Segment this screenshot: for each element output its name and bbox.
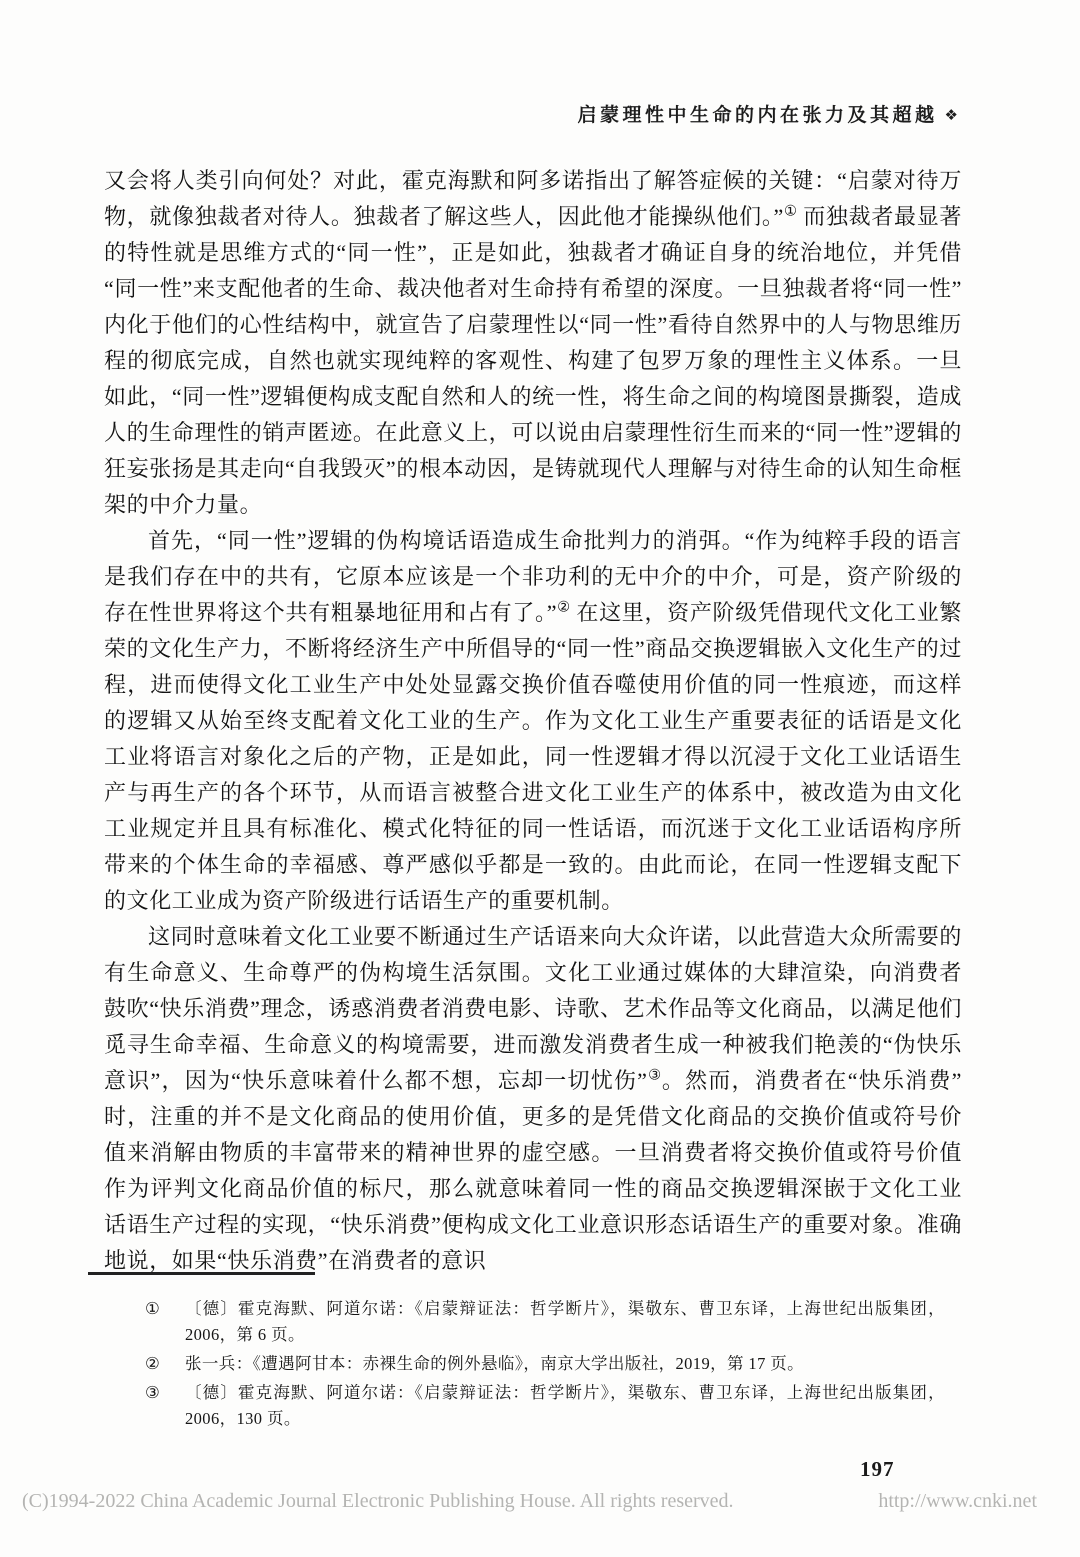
header-ornament-icon: ❖: [945, 107, 958, 124]
footnotes-list: ①〔德〕霍克海默、阿道尔诺：《启蒙辩证法：哲学断片》，渠敬东、曹卫东译，上海世纪…: [145, 1296, 945, 1435]
page-number: 197: [860, 1457, 895, 1482]
footnote-text: 〔德〕霍克海默、阿道尔诺：《启蒙辩证法：哲学断片》，渠敬东、曹卫东译，上海世纪出…: [185, 1380, 945, 1432]
body-text: 又会将人类引向何处？对此，霍克海默和阿多诺指出了解答症候的关键：“启蒙对待万物，…: [104, 163, 962, 1279]
footnote-divider: [88, 1272, 315, 1275]
footnote-ref: ①: [784, 204, 797, 220]
scanned-page: 启蒙理性中生命的内在张力及其超越❖ 又会将人类引向何处？对此，霍克海默和阿多诺指…: [0, 0, 1080, 1557]
paragraph: 这同时意味着文化工业要不断通过生产话语来向大众许诺，以此营造大众所需要的有生命意…: [104, 919, 962, 1279]
footnote-item: ①〔德〕霍克海默、阿道尔诺：《启蒙辩证法：哲学断片》，渠敬东、曹卫东译，上海世纪…: [145, 1296, 945, 1348]
footnote-ref: ③: [648, 1068, 662, 1084]
paragraph: 又会将人类引向何处？对此，霍克海默和阿多诺指出了解答症候的关键：“启蒙对待万物，…: [104, 163, 962, 523]
paragraph: 首先，“同一性”逻辑的伪构境话语造成生命批判力的消弭。“作为纯粹手段的语言是我们…: [104, 523, 962, 919]
footnote-text: 张一兵：《遭遇阿甘本：赤裸生命的例外悬临》，南京大学出版社，2019，第 17 …: [185, 1351, 945, 1377]
footnote-item: ②张一兵：《遭遇阿甘本：赤裸生命的例外悬临》，南京大学出版社，2019，第 17…: [145, 1351, 945, 1377]
footnote-marker: ②: [145, 1351, 185, 1377]
footnote-ref: ②: [557, 600, 570, 616]
footer-copyright: (C)1994-2022 China Academic Journal Elec…: [22, 1490, 734, 1513]
footer-url: http://www.cnki.net: [878, 1490, 1037, 1513]
running-header-title: 启蒙理性中生命的内在张力及其超越: [578, 105, 938, 126]
footnote-marker: ③: [145, 1380, 185, 1432]
footnote-item: ③〔德〕霍克海默、阿道尔诺：《启蒙辩证法：哲学断片》，渠敬东、曹卫东译，上海世纪…: [145, 1380, 945, 1432]
footnote-marker: ①: [145, 1296, 185, 1348]
running-header: 启蒙理性中生命的内在张力及其超越❖: [578, 100, 958, 127]
footer: (C)1994-2022 China Academic Journal Elec…: [22, 1490, 1037, 1513]
footnote-text: 〔德〕霍克海默、阿道尔诺：《启蒙辩证法：哲学断片》，渠敬东、曹卫东译，上海世纪出…: [185, 1296, 945, 1348]
